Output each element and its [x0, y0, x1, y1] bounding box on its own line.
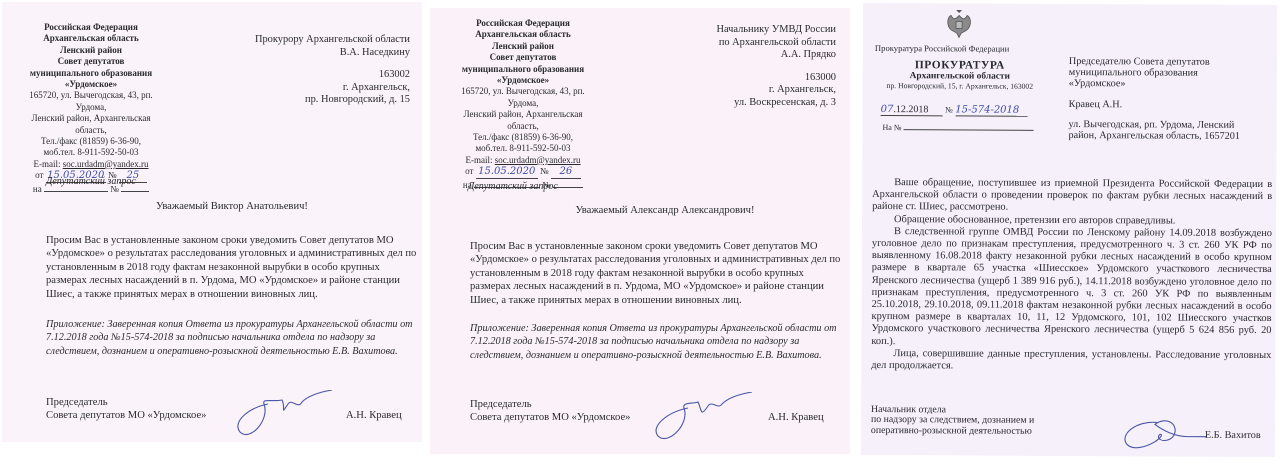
- paragraph: Лица, совершившие данные преступления, у…: [871, 348, 1271, 375]
- recipient-block: Прокурору Архангельской области В.А. Нас…: [222, 34, 410, 107]
- handwritten-signature: [1117, 414, 1207, 454]
- header-phone-line: Тел./факс (81859) 6-36-90,: [448, 132, 598, 143]
- attachment-note: Приложение: Заверенная копия Ответа из п…: [46, 318, 420, 358]
- paragraph: В следственной группе ОМВД России по Лен…: [871, 226, 1272, 350]
- signatory-name: А.Н. Кравец: [346, 409, 402, 422]
- outgoing-number-line: 07.12.2018 № 15-574-2018: [881, 104, 1028, 117]
- email-link[interactable]: soc.urdadm@yandex.ru: [495, 155, 581, 165]
- org-top: Прокуратура Российской Федерации: [875, 43, 1009, 54]
- document-type: Депутатский запрос: [46, 175, 136, 188]
- letter-page-3: Прокуратура Российской Федерации ПРОКУРА…: [861, 3, 1277, 457]
- header-phone-line: Тел./факс (81859) 6-36-90,: [16, 136, 166, 147]
- signatory-title: Председатель Совета депутатов МО «Урдомс…: [46, 396, 206, 423]
- header-address-line: Ленский район, Архангельская область,: [448, 109, 598, 132]
- handwritten-number: 15-574-2018: [955, 104, 1027, 116]
- letter-page-2: Российская Федерация Архангельская облас…: [430, 8, 850, 454]
- salutation: Уважаемый Александр Александрович!: [430, 204, 850, 217]
- org-block: ПРОКУРАТУРА Архангельской области пр. Но…: [875, 59, 1045, 91]
- header-line: муниципального образования: [16, 68, 166, 79]
- header-address-line: 165720, ул. Вычегодская, 43, рп. Урдома,: [16, 90, 166, 113]
- letter-body: Ваше обращение, поступившее из приемной …: [871, 177, 1272, 374]
- header-line: «Урдомское»: [448, 75, 598, 86]
- handwritten-number: 26: [551, 166, 581, 178]
- header-line: Совет депутатов: [16, 56, 166, 67]
- document-type: Депутатский запрос: [468, 180, 558, 193]
- recipient-block: Председателю Совета депутатов муниципаль…: [1068, 56, 1273, 142]
- handwritten-date: 15.05.2020: [476, 166, 538, 178]
- header-phone-line: моб.тел. 8-911-592-50-03: [448, 143, 598, 154]
- header-phone-line: моб.тел. 8-911-592-50-03: [16, 147, 166, 158]
- header-line: «Урдомское»: [16, 79, 166, 90]
- letter-body: Просим Вас в установленные законом сроки…: [46, 234, 418, 301]
- header-line: Архангельская область: [448, 29, 598, 40]
- letter-page-1: Российская Федерация Архангельская облас…: [2, 2, 422, 442]
- header-line: муниципального образования: [448, 64, 598, 75]
- outgoing-number-line: от 15.05.2020 № 26: [448, 166, 598, 178]
- header-line: Ленский район: [448, 41, 598, 52]
- signatory-name: А.Н. Кравец: [768, 411, 824, 424]
- handwritten-date-day: 07: [881, 104, 894, 115]
- sender-header: Российская Федерация Архангельская облас…: [448, 18, 598, 191]
- email-link[interactable]: soc.urdadm@yandex.ru: [63, 159, 149, 169]
- header-address-line: 165720, ул. Вычегодская, 43, рп. Урдома,: [448, 86, 598, 109]
- signatory-name: Е.Б. Вахитов: [1205, 430, 1261, 441]
- recipient-block: Начальнику УМВД России по Архангельской …: [646, 24, 836, 110]
- handwritten-signature: [228, 390, 338, 440]
- handwritten-signature: [646, 392, 756, 444]
- paragraph: Ваше обращение, поступившее из приемной …: [872, 177, 1272, 216]
- header-email-line: E-mail: soc.urdadm@yandex.ru: [448, 155, 598, 166]
- header-address-line: Ленский район, Архангельская область,: [16, 113, 166, 136]
- salutation: Уважаемый Виктор Анатольевич!: [2, 200, 422, 213]
- header-line: Российская Федерация: [16, 22, 166, 33]
- coat-of-arms-icon: [945, 9, 973, 39]
- header-line: Российская Федерация: [448, 18, 598, 29]
- incoming-number-line: На №: [883, 122, 1034, 133]
- attachment-note: Приложение: Заверенная копия Ответа из п…: [470, 322, 844, 362]
- sender-header: Российская Федерация Архангельская облас…: [16, 22, 166, 195]
- letter-body: Просим Вас в установленные законом сроки…: [470, 240, 842, 307]
- header-line: Ленский район: [16, 45, 166, 56]
- signatory-title: Начальник отдела по надзору за следствие…: [871, 405, 1034, 437]
- header-line: Совет депутатов: [448, 52, 598, 63]
- signatory-title: Председатель Совета депутатов МО «Урдомс…: [470, 398, 630, 425]
- header-line: Архангельская область: [16, 33, 166, 44]
- header-email-line: E-mail: soc.urdadm@yandex.ru: [16, 159, 166, 170]
